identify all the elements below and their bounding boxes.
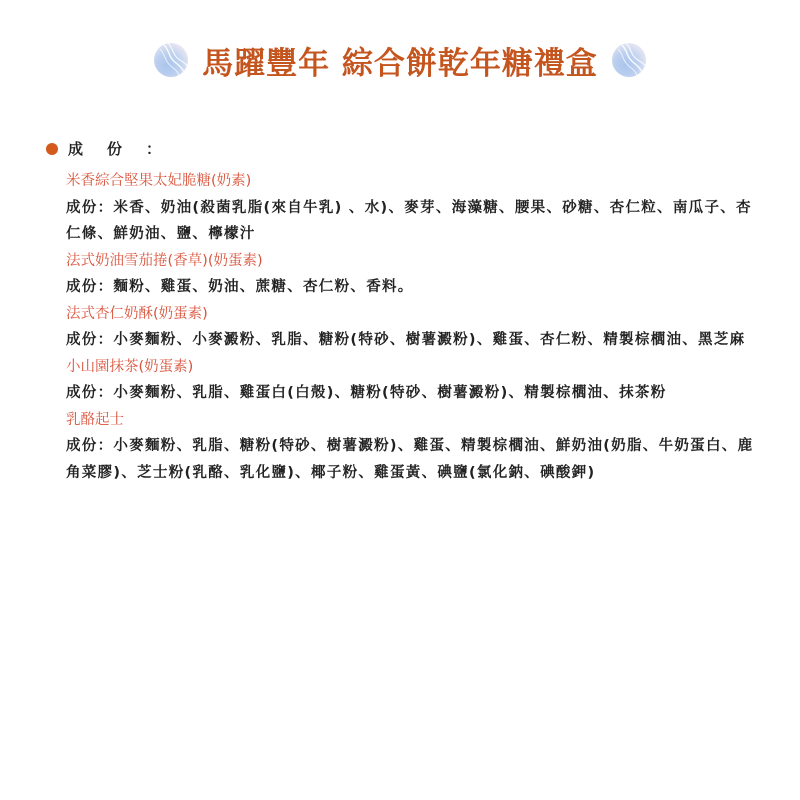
product-name: 米香綜合堅果太妃脆糖(奶素) bbox=[66, 168, 766, 195]
orb-wave-icon bbox=[612, 43, 646, 77]
orb-wave-icon bbox=[154, 43, 188, 77]
page-header: 馬躍豐年 綜合餅乾年糖禮盒 bbox=[0, 36, 800, 84]
bullet-dot-icon bbox=[46, 143, 58, 155]
product-ingredients: 成份：麵粉、雞蛋、奶油、蔗糖、杏仁粉、香料。 bbox=[66, 274, 766, 301]
page-title: 馬躍豐年 綜合餅乾年糖禮盒 bbox=[202, 38, 598, 83]
section-label-colon: ： bbox=[146, 140, 161, 158]
product-item: 米香綜合堅果太妃脆糖(奶素) 成份：米香、奶油(殺菌乳脂(來自牛乳) 、水)、麥… bbox=[66, 168, 766, 248]
product-ingredients: 成份：小麥麵粉、乳脂、雞蛋白(白殼)、糖粉(特砂、樹薯澱粉)、精製棕櫚油、抹茶粉 bbox=[66, 380, 766, 407]
product-list: 米香綜合堅果太妃脆糖(奶素) 成份：米香、奶油(殺菌乳脂(來自牛乳) 、水)、麥… bbox=[66, 168, 766, 486]
product-ingredients: 成份：小麥麵粉、小麥澱粉、乳脂、糖粉(特砂、樹薯澱粉)、雞蛋、杏仁粉、精製棕櫚油… bbox=[66, 327, 766, 354]
section-label-char: 成 bbox=[68, 140, 83, 158]
ingredients-section-heading: 成份： bbox=[46, 138, 161, 159]
product-item: 法式杏仁奶酥(奶蛋素) 成份：小麥麵粉、小麥澱粉、乳脂、糖粉(特砂、樹薯澱粉)、… bbox=[66, 301, 766, 354]
section-label: 成份： bbox=[68, 138, 161, 159]
section-label-char: 份 bbox=[107, 140, 122, 158]
product-name: 法式杏仁奶酥(奶蛋素) bbox=[66, 301, 766, 328]
product-name: 法式奶油雪茄捲(香草)(奶蛋素) bbox=[66, 248, 766, 275]
product-name: 小山園抹茶(奶蛋素) bbox=[66, 354, 766, 381]
product-item: 乳酪起士 成份：小麥麵粉、乳脂、糖粉(特砂、樹薯澱粉)、雞蛋、精製棕櫚油、鮮奶油… bbox=[66, 407, 766, 487]
product-ingredients: 成份：米香、奶油(殺菌乳脂(來自牛乳) 、水)、麥芽、海藻糖、腰果、砂糖、杏仁粒… bbox=[66, 195, 766, 248]
product-item: 小山園抹茶(奶蛋素) 成份：小麥麵粉、乳脂、雞蛋白(白殼)、糖粉(特砂、樹薯澱粉… bbox=[66, 354, 766, 407]
product-ingredients: 成份：小麥麵粉、乳脂、糖粉(特砂、樹薯澱粉)、雞蛋、精製棕櫚油、鮮奶油(奶脂、牛… bbox=[66, 433, 766, 486]
product-name: 乳酪起士 bbox=[66, 407, 766, 434]
product-item: 法式奶油雪茄捲(香草)(奶蛋素) 成份：麵粉、雞蛋、奶油、蔗糖、杏仁粉、香料。 bbox=[66, 248, 766, 301]
